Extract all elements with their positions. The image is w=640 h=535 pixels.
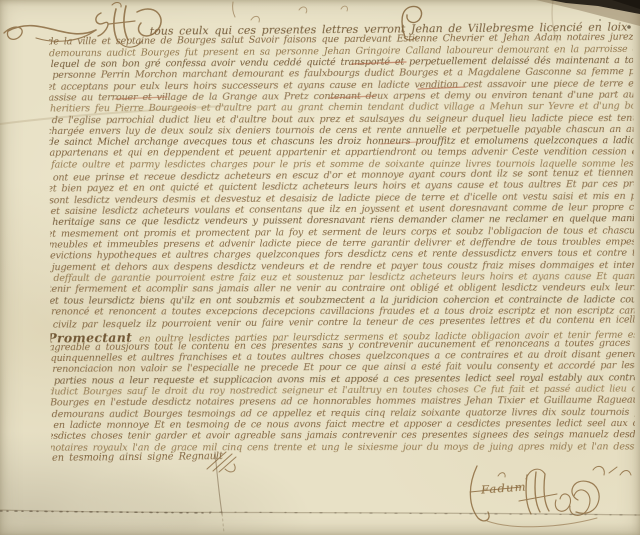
manuscript-photo: tous ceulx qui ces presentes lettres ver… bbox=[0, 0, 640, 535]
manuscript-line: esdictes choses tenir garder et avoir ag… bbox=[49, 429, 632, 442]
manuscript-line: et tous leursdictz biens qu'ilz en ont s… bbox=[49, 294, 633, 307]
closing-line: en tesmoing ainsi signé Regnault bbox=[52, 451, 223, 464]
manuscript-lines: tous ceulx qui ces presentes lettres ver… bbox=[49, 21, 635, 461]
manuscript-line: tenir fermement et acomplir sans jamais … bbox=[49, 282, 632, 295]
manuscript-line: appartenans et qui en deppendent et peue… bbox=[50, 147, 634, 160]
